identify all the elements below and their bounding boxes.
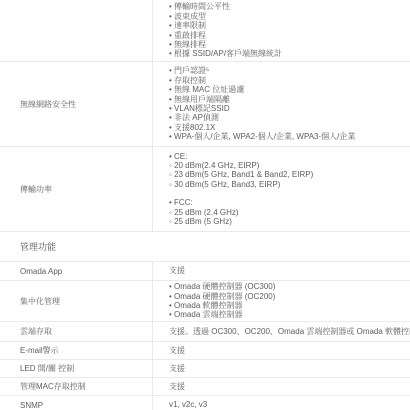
table-row: 無線網路安全性門戶認證⁵存取控制無線 MAC 位址過濾無線用戶端隔離VLAN標記… (0, 62, 410, 147)
row-value: 門戶認證⁵存取控制無線 MAC 位址過濾無線用戶端隔離VLAN標記SSID非法 … (152, 62, 410, 146)
row-label-text: 無線網路安全性 (20, 99, 76, 110)
sub-bullet-item: 25 dBm (5 GHz) (169, 217, 313, 226)
row-value: 支援 (152, 360, 410, 377)
table-row: 傳輸功率CE:20 dBm(2.4 GHz, EIRP)23 dBm(5 GHz… (0, 147, 410, 232)
row-value: 支援 (152, 262, 410, 280)
row-value: Omada 硬體控制器 (OC300)Omada 硬體控制器 (OC200)Om… (152, 281, 410, 321)
row-label: 無線網路安全性 (0, 62, 152, 146)
group-heading: CE: (169, 152, 313, 161)
bullet-item: 根據 SSID/AP/客戶端無線統計 (169, 49, 282, 58)
table-row: 集中化管理Omada 硬體控制器 (OC300)Omada 硬體控制器 (OC2… (0, 281, 410, 322)
row-value-text: 支援 (169, 382, 185, 392)
section-title-management: 管理功能 (0, 232, 410, 262)
bullet-item: Omada 硬體控制器 (OC200) (169, 292, 275, 301)
row-value: 支援 (152, 378, 410, 395)
table-row: 管理MAC存取控制支援 (0, 378, 410, 396)
group-list: CE:20 dBm(2.4 GHz, EIRP)23 dBm(5 GHz, Ba… (169, 152, 313, 227)
bullet-item: 支援802.1X (169, 123, 355, 132)
bullet-group: FCC:25 dBm (2.4 GHz)25 dBm (5 GHz) (169, 198, 313, 226)
sub-bullet-item: 23 dBm(5 GHz, Band1 & Band2, EIRP) (169, 170, 313, 179)
row-label-text: LED 開/關 控制 (20, 363, 74, 374)
bullet-item: Omada 硬體控制器 (OC300) (169, 282, 275, 291)
bullet-item: 無線排程 (169, 40, 282, 49)
management-table: Omada App支援集中化管理Omada 硬體控制器 (OC300)Omada… (0, 262, 410, 410)
bullet-item: 無線 MAC 位址過濾 (169, 85, 355, 94)
bullet-item: 波束成型 (169, 12, 282, 21)
bullet-item: 速率限制 (169, 21, 282, 30)
row-label-text: SNMP (20, 401, 43, 410)
row-value: 支援。透過 OC300、OC200、Omada 雲端控制器或 Omada 軟體控… (152, 322, 410, 341)
bullet-item: 存取控制 (169, 76, 355, 85)
bullet-item: VLAN標記SSID (169, 104, 355, 113)
table-row: 傳輸時間公平性波束成型速率限制重啟排程無線排程根據 SSID/AP/客戶端無線統… (0, 0, 410, 62)
table-row: Omada App支援 (0, 262, 410, 281)
row-label: 集中化管理 (0, 281, 152, 321)
row-value-text: 支援。透過 OC300、OC200、Omada 雲端控制器或 Omada 軟體控… (169, 327, 410, 337)
bullet-item: WPA-個人/企業, WPA2-個人/企業, WPA3-個人/企業 (169, 132, 355, 141)
group-heading: FCC: (169, 198, 313, 207)
sub-bullet-item: 20 dBm(2.4 GHz, EIRP) (169, 161, 313, 170)
row-label: 管理MAC存取控制 (0, 378, 152, 395)
row-label: LED 開/關 控制 (0, 360, 152, 377)
row-value: 傳輸時間公平性波束成型速率限制重啟排程無線排程根據 SSID/AP/客戶端無線統… (152, 0, 410, 61)
spec-table: 傳輸時間公平性波束成型速率限制重啟排程無線排程根據 SSID/AP/客戶端無線統… (0, 0, 410, 232)
bullet-item: 門戶認證⁵ (169, 66, 355, 75)
row-label: 傳輸功率 (0, 147, 152, 231)
sub-bullet-item: 25 dBm (2.4 GHz) (169, 208, 313, 217)
bullet-item: 傳輸時間公平性 (169, 2, 282, 11)
row-value-text: 支援 (169, 364, 185, 374)
bullet-list: 傳輸時間公平性波束成型速率限制重啟排程無線排程根據 SSID/AP/客戶端無線統… (169, 2, 282, 58)
bullet-list: 門戶認證⁵存取控制無線 MAC 位址過濾無線用戶端隔離VLAN標記SSID非法 … (169, 66, 355, 141)
row-value-text: 支援 (169, 346, 185, 356)
spec-page: { "page": { "background": "#ffffff", "te… (0, 0, 410, 410)
row-value-text: v1, v2c, v3 (169, 400, 207, 410)
table-row: LED 開/關 控制支援 (0, 360, 410, 378)
table-row: SNMPv1, v2c, v3 (0, 396, 410, 410)
row-label: SNMP (0, 396, 152, 410)
row-value: v1, v2c, v3 (152, 396, 410, 410)
bullet-item: Omada 軟體控制器 (169, 301, 275, 310)
row-label (0, 0, 152, 61)
bullet-item: 重啟排程 (169, 31, 282, 40)
row-value-text: 支援 (169, 266, 185, 276)
sub-bullet-item: 30 dBm(5 GHz, Band3, EIRP) (169, 180, 313, 189)
row-label-text: 雲端存取 (20, 326, 52, 337)
bullet-group: CE:20 dBm(2.4 GHz, EIRP)23 dBm(5 GHz, Ba… (169, 152, 313, 190)
row-label-text: 傳輸功率 (20, 184, 52, 195)
row-value: 支援 (152, 342, 410, 359)
row-label-text: E-mail警示 (20, 345, 59, 356)
row-label: 雲端存取 (0, 322, 152, 341)
bullet-item: Omada 雲端控制器 (169, 310, 275, 319)
row-label-text: 管理MAC存取控制 (20, 381, 86, 392)
row-value: CE:20 dBm(2.4 GHz, EIRP)23 dBm(5 GHz, Ba… (152, 147, 410, 231)
row-label-text: Omada App (20, 267, 62, 276)
row-label: E-mail警示 (0, 342, 152, 359)
row-label: Omada App (0, 262, 152, 280)
bullet-item: 無線用戶端隔離 (169, 95, 355, 104)
bullet-item: 非法 AP偵測 (169, 113, 355, 122)
table-row: 雲端存取支援。透過 OC300、OC200、Omada 雲端控制器或 Omada… (0, 322, 410, 342)
row-label-text: 集中化管理 (20, 296, 60, 307)
bullet-list: Omada 硬體控制器 (OC300)Omada 硬體控制器 (OC200)Om… (169, 282, 275, 320)
table-row: E-mail警示支援 (0, 342, 410, 360)
